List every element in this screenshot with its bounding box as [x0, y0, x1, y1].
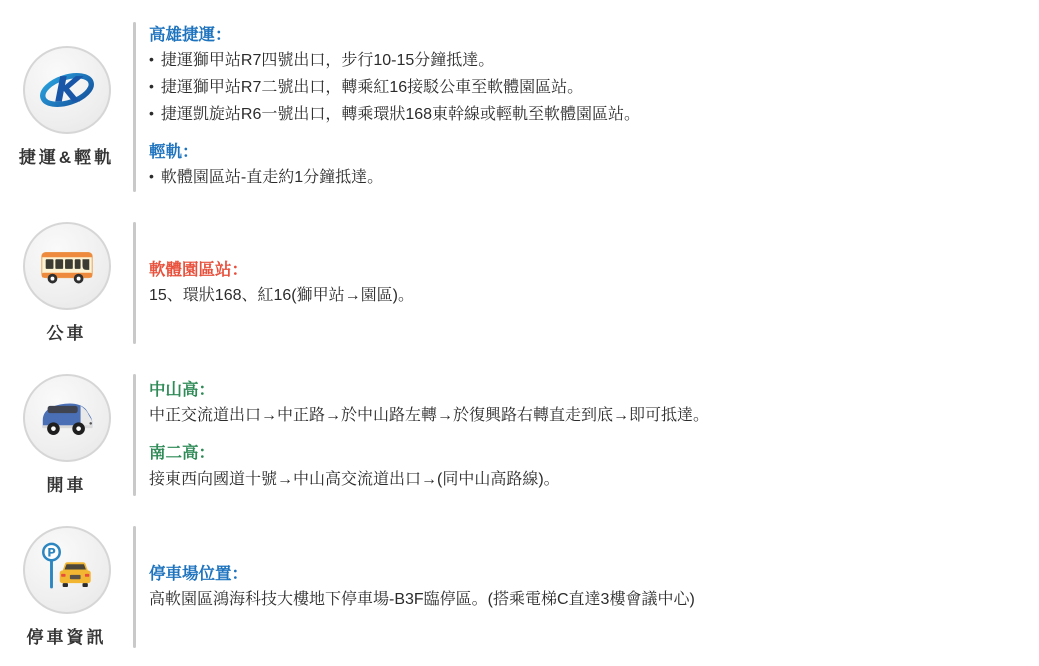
section-mrt-lightrail: K 捷運&輕軌 高雄捷運：捷運獅甲站R7四號出口，步行10-15分鐘抵達。捷運獅…	[0, 22, 1039, 192]
parking-icon: P	[23, 526, 111, 614]
info-line: 15、環狀168、紅16(獅甲站→園區)。	[149, 283, 414, 310]
bus-icon	[23, 222, 111, 310]
section-icon-column: P 停車資訊	[0, 526, 133, 648]
section-icon-column: 開車	[0, 374, 133, 496]
svg-text:P: P	[47, 546, 56, 560]
krt-logo-icon: K	[23, 46, 111, 134]
svg-text:K: K	[54, 71, 84, 111]
section-content: 中山高：中正交流道出口→中正路→於中山路左轉→於復興路右轉直走到底→即可抵達。南…	[136, 377, 709, 494]
section-icon-column: K 捷運&輕軌	[0, 46, 133, 168]
list-item: 捷運獅甲站R7二號出口，轉乘紅16接駁公車至軟體園區站。	[149, 75, 640, 102]
group-heading: 軟體園區站：	[149, 257, 414, 283]
section-label: 捷運&輕軌	[19, 143, 114, 168]
section-icon-column: 公車	[0, 222, 133, 344]
list-item: 捷運凱旋站R6一號出口，轉乘環狀168東幹線或輕軌至軟體園區站。	[149, 102, 640, 129]
section-content: 高雄捷運：捷運獅甲站R7四號出口，步行10-15分鐘抵達。捷運獅甲站R7二號出口…	[136, 22, 640, 192]
info-line: 高軟園區鴻海科技大樓地下停車場-B3F臨停區。(搭乘電梯C直達3樓會議中心)	[149, 587, 695, 614]
car-icon	[23, 374, 111, 462]
bullet-list: 軟體園區站-直走約1分鐘抵達。	[149, 165, 640, 192]
section-content: 軟體園區站：15、環狀168、紅16(獅甲站→園區)。	[136, 257, 414, 310]
section-bus: 公車 軟體園區站：15、環狀168、紅16(獅甲站→園區)。	[0, 222, 1039, 344]
section-parking: P 停車資訊 停車場位置：高軟園區鴻海科技大樓地下停車場-B3F臨停區。(搭乘電…	[0, 526, 1039, 648]
group-heading: 南二高：	[149, 440, 709, 466]
group-heading: 停車場位置：	[149, 561, 695, 587]
list-item: 捷運獅甲站R7四號出口，步行10-15分鐘抵達。	[149, 48, 640, 75]
group-heading: 高雄捷運：	[149, 22, 640, 48]
section-content: 停車場位置：高軟園區鴻海科技大樓地下停車場-B3F臨停區。(搭乘電梯C直達3樓會…	[136, 561, 695, 614]
bullet-list: 捷運獅甲站R7四號出口，步行10-15分鐘抵達。捷運獅甲站R7二號出口，轉乘紅1…	[149, 48, 640, 129]
section-label: 開車	[47, 471, 87, 496]
section-drive: 開車 中山高：中正交流道出口→中正路→於中山路左轉→於復興路右轉直走到底→即可抵…	[0, 374, 1039, 496]
group-heading: 輕軌：	[149, 139, 640, 165]
group-heading: 中山高：	[149, 377, 709, 403]
section-label: 公車	[47, 319, 87, 344]
list-item: 軟體園區站-直走約1分鐘抵達。	[149, 165, 640, 192]
info-line: 接東西向國道十號→中山高交流道出口→(同中山高路線)。	[149, 467, 709, 494]
section-label: 停車資訊	[27, 623, 107, 648]
info-line: 中正交流道出口→中正路→於中山路左轉→於復興路右轉直走到底→即可抵達。	[149, 403, 709, 430]
transportation-info-page: K 捷運&輕軌 高雄捷運：捷運獅甲站R7四號出口，步行10-15分鐘抵達。捷運獅…	[0, 0, 1039, 648]
